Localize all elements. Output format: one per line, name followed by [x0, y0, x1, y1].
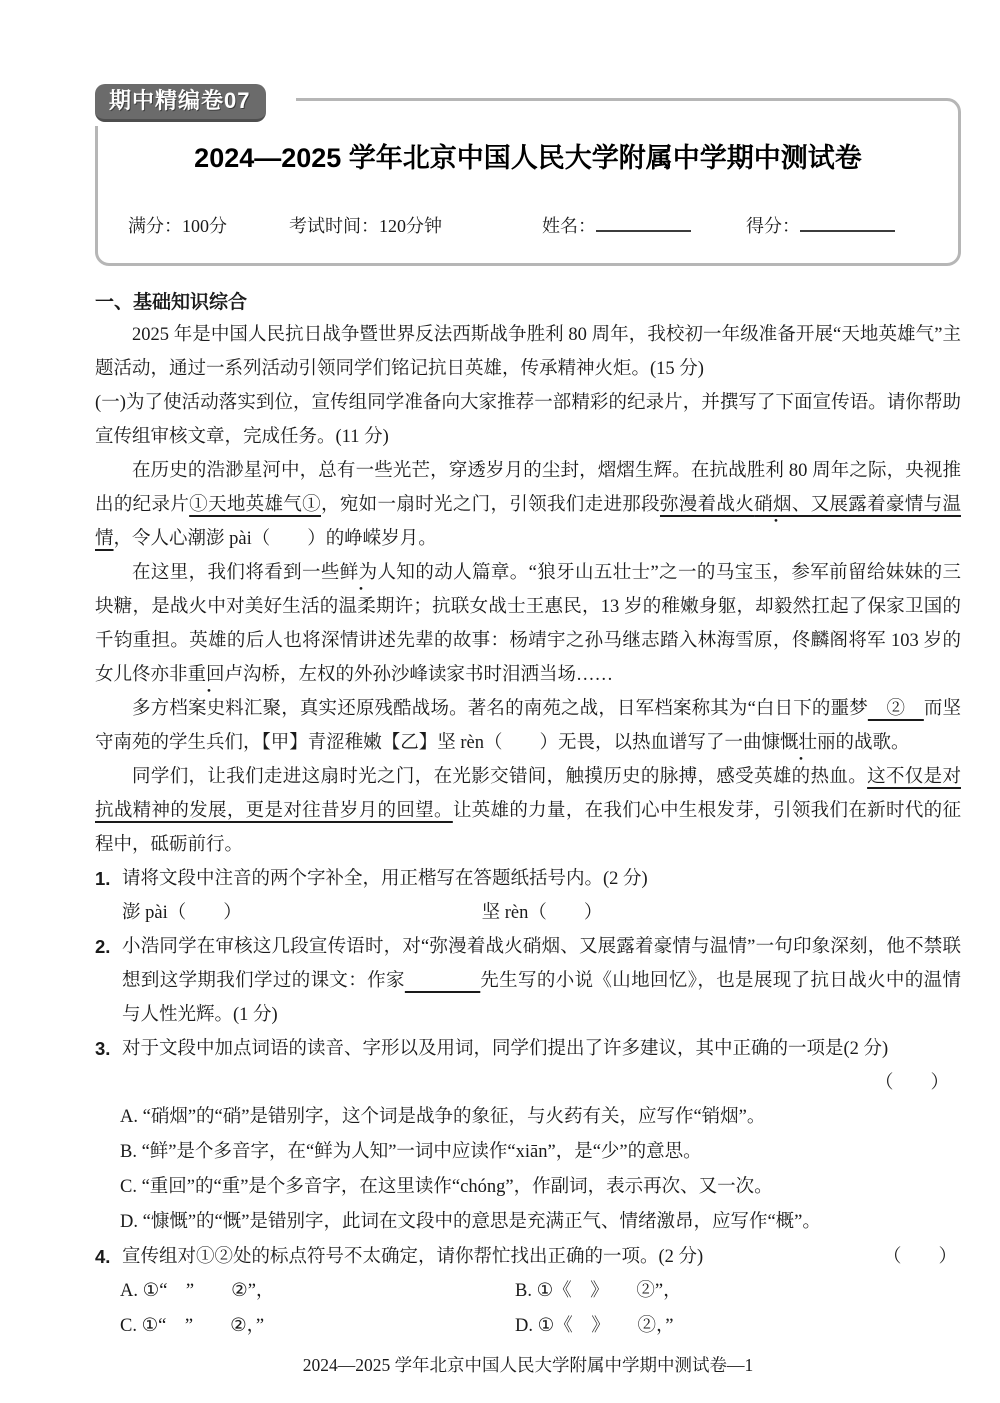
passage-paragraph-2: 在这里，我们将看到一些鲜为人知的动人篇章。“狼牙山五壮士”之一的马宝玉，参军前留… — [95, 556, 961, 692]
question-2: 2. 小浩同学在审核这几段宣传语时，对“弥漫着战火硝烟、又展露着豪情与温情”一句… — [95, 930, 961, 1032]
question-3-option-a: A. “硝烟”的“硝”是错别字，这个词是战争的象征，与火药有关，应写作“销烟”。 — [120, 1100, 961, 1135]
question-4-options: A. ①“ ” ②”， B. ①《 》 ②”， C. ①“ ” ②，” D. ①… — [95, 1274, 961, 1344]
question-3-options: A. “硝烟”的“硝”是错别字，这个词是战争的象征，与火药有关，应写作“销烟”。… — [95, 1100, 961, 1240]
question-4: 4. 宣传组对①②处的标点符号不太确定，请你帮忙找出正确的一项。(2 分) （ … — [95, 1240, 961, 1274]
question-4-option-d: D. ①《 》 ②，” — [515, 1309, 961, 1344]
exam-set-badge: 期中精编卷07 — [95, 84, 266, 122]
question-1-answer-left: 澎 pài（ ） — [122, 896, 477, 930]
question-3-answer-bracket: （ ） — [95, 1066, 961, 1100]
question-1-number: 1. — [95, 862, 110, 896]
passage-paragraph-1: 在历史的浩渺星河中，总有一些光芒，穿透岁月的尘封，熠熠生辉。在抗战胜利 80 周… — [95, 454, 961, 556]
page-footer: 2024—2025 学年北京中国人民大学附属中学期中测试卷—1 — [95, 1348, 961, 1382]
question-1: 1. 请将文段中注音的两个字补全，用正楷写在答题纸括号内。(2 分) — [95, 862, 961, 896]
section-heading: 一、基础知识综合 — [95, 288, 961, 318]
exam-page: 期中精编卷07 2024—2025 学年北京中国人民大学附属中学期中测试卷 满分… — [95, 84, 961, 1382]
exam-title: 2024—2025 学年北京中国人民大学附属中学期中测试卷 — [98, 141, 958, 175]
passage-paragraph-4: 同学们，让我们走进这扇时光之门，在光影交错间，触摸历史的脉搏，感受英雄的热血。这… — [95, 760, 961, 862]
intro-paragraph-2: (一)为了使活动落实到位，宣传组同学准备向大家推荐一部精彩的纪录片，并撰写了下面… — [95, 386, 961, 454]
question-3-option-c: C. “重回”的“重”是个多音字，在这里读作“chóng”，作副词，表示再次、又… — [120, 1170, 961, 1205]
question-1-answer-row: 澎 pài（ ） 坚 rèn（ ） — [95, 896, 961, 930]
question-3-number: 3. — [95, 1032, 110, 1066]
question-2-number: 2. — [95, 930, 110, 964]
exam-info-row: 满分：100分 考试时间：120分钟 姓名： 得分： — [98, 209, 958, 243]
question-4-text: 宣传组对①②处的标点符号不太确定，请你帮忙找出正确的一项。(2 分) — [122, 1240, 703, 1274]
exam-time-label: 考试时间：120分钟 — [289, 209, 442, 243]
question-2-text: 小浩同学在审核这几段宣传语时，对“弥漫着战火硝烟、又展露着豪情与温情”一句印象深… — [122, 937, 961, 1025]
question-3: 3. 对于文段中加点词语的读音、字形以及用词，同学们提出了许多建议，其中正确的一… — [95, 1032, 961, 1066]
name-label: 姓名： — [542, 216, 596, 236]
question-4-option-a: A. ①“ ” ②”， — [120, 1274, 515, 1309]
score-field: 得分： — [746, 209, 895, 243]
badge-wrap: 期中精编卷07 — [95, 84, 296, 126]
name-blank-line — [596, 214, 691, 232]
full-score-label: 满分：100分 — [128, 209, 227, 243]
score-label: 得分： — [746, 216, 800, 236]
intro-paragraph-1: 2025 年是中国人民抗日战争暨世界反法西斯战争胜利 80 周年，我校初一年级准… — [95, 318, 961, 386]
name-field: 姓名： — [542, 209, 691, 243]
question-1-text: 请将文段中注音的两个字补全，用正楷写在答题纸括号内。(2 分) — [122, 869, 648, 889]
passage-paragraph-3: 多方档案史料汇聚，真实还原残酷战场。著名的南苑之战，日军档案称其为“白日下的噩梦… — [95, 692, 961, 760]
score-blank-line — [800, 214, 895, 232]
question-4-option-b: B. ①《 》 ②”， — [515, 1274, 961, 1309]
question-3-option-d: D. “慷慨”的“慨”是错别字，此词在文段中的意思是充满正气、情绪激昂，应写作“… — [120, 1205, 961, 1240]
question-3-text: 对于文段中加点词语的读音、字形以及用词，同学们提出了许多建议，其中正确的一项是(… — [122, 1039, 888, 1059]
question-4-number: 4. — [95, 1240, 110, 1274]
question-4-answer-bracket: （ ） — [883, 1240, 961, 1274]
question-1-answer-right: 坚 rèn（ ） — [482, 896, 603, 930]
title-box: 期中精编卷07 2024—2025 学年北京中国人民大学附属中学期中测试卷 满分… — [95, 98, 961, 266]
question-3-option-b: B. “鲜”是个多音字，在“鲜为人知”一词中应读作“xiān”，是“少”的意思。 — [120, 1135, 961, 1170]
question-4-option-c: C. ①“ ” ②，” — [120, 1309, 515, 1344]
